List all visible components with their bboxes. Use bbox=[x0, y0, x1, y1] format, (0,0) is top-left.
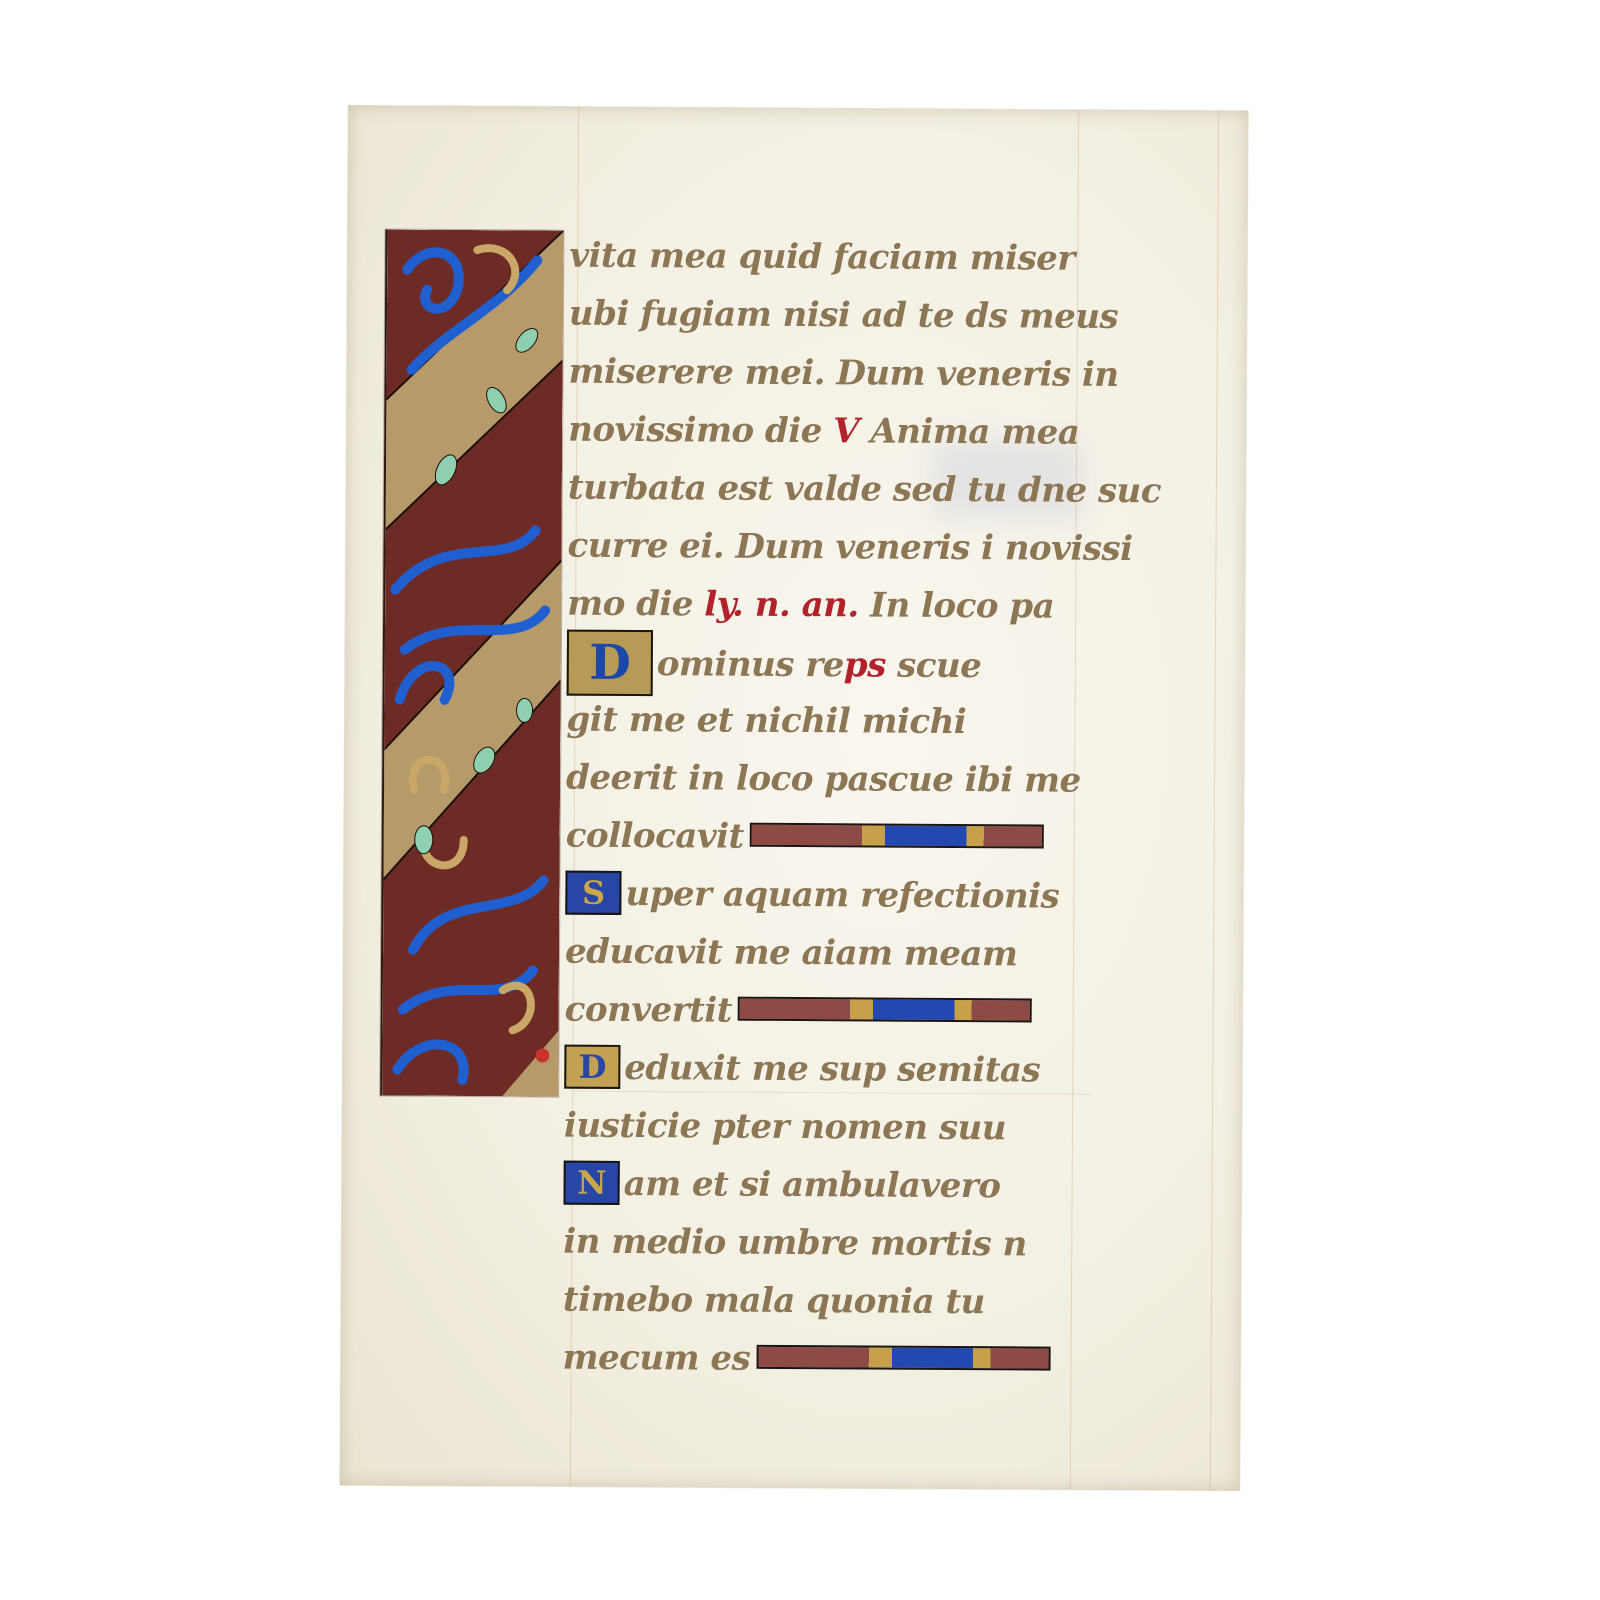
text-line: mecum es bbox=[562, 1329, 1082, 1390]
text-line: novissimo die V Anima mea bbox=[568, 401, 1088, 462]
illuminated-initial: D bbox=[564, 1045, 620, 1089]
text-line: mo die ly. n. an. In loco pa bbox=[567, 575, 1087, 636]
text-line: convertit bbox=[565, 981, 1085, 1042]
text-column: vita mea quid faciam miser ubi fugiam ni… bbox=[562, 227, 1089, 1390]
rubric-versicle: V bbox=[833, 411, 859, 451]
manuscript-leaf: vita mea quid faciam miser ubi fugiam ni… bbox=[340, 105, 1248, 1490]
ruling-line bbox=[1210, 111, 1219, 1491]
text-line: turbata est valde sed tu dne suc bbox=[568, 459, 1088, 520]
illuminated-border bbox=[380, 229, 563, 1096]
text-line: educavit me aiam meam bbox=[565, 923, 1085, 984]
text-line: Deduxit me sup semitas bbox=[564, 1039, 1084, 1100]
line-filler bbox=[738, 997, 1032, 1023]
rubric-lesson: ly. n. an. bbox=[704, 584, 859, 625]
text-line: deerit in loco pascue ibi me bbox=[566, 749, 1086, 810]
text-line: Super aquam refectionis bbox=[565, 865, 1085, 926]
text-line: timebo mala quonia tu bbox=[563, 1271, 1083, 1332]
text-line: git me et nichil michi bbox=[566, 691, 1086, 752]
text-line: Dominus reps scue bbox=[567, 633, 1087, 694]
illuminated-initial: D bbox=[567, 630, 653, 697]
illuminated-initial: N bbox=[564, 1161, 620, 1205]
text-line: in medio umbre mortis n bbox=[563, 1213, 1083, 1274]
text-line: ubi fugiam nisi ad te ds meus bbox=[569, 285, 1089, 346]
illuminated-initial: S bbox=[565, 871, 621, 915]
acanthus-border-icon bbox=[382, 230, 563, 1097]
line-filler bbox=[756, 1345, 1050, 1371]
text-line: curre ei. Dum veneris i novissi bbox=[567, 517, 1087, 578]
text-line: Nam et si ambulavero bbox=[563, 1155, 1083, 1216]
line-filler bbox=[750, 823, 1044, 849]
text-line: vita mea quid faciam miser bbox=[569, 227, 1089, 288]
rubric-psalm: ps bbox=[844, 645, 886, 685]
text-line: collocavit bbox=[566, 807, 1086, 868]
text-line: miserere mei. Dum veneris in bbox=[568, 343, 1088, 404]
text-line: iusticie pter nomen suu bbox=[564, 1097, 1084, 1158]
